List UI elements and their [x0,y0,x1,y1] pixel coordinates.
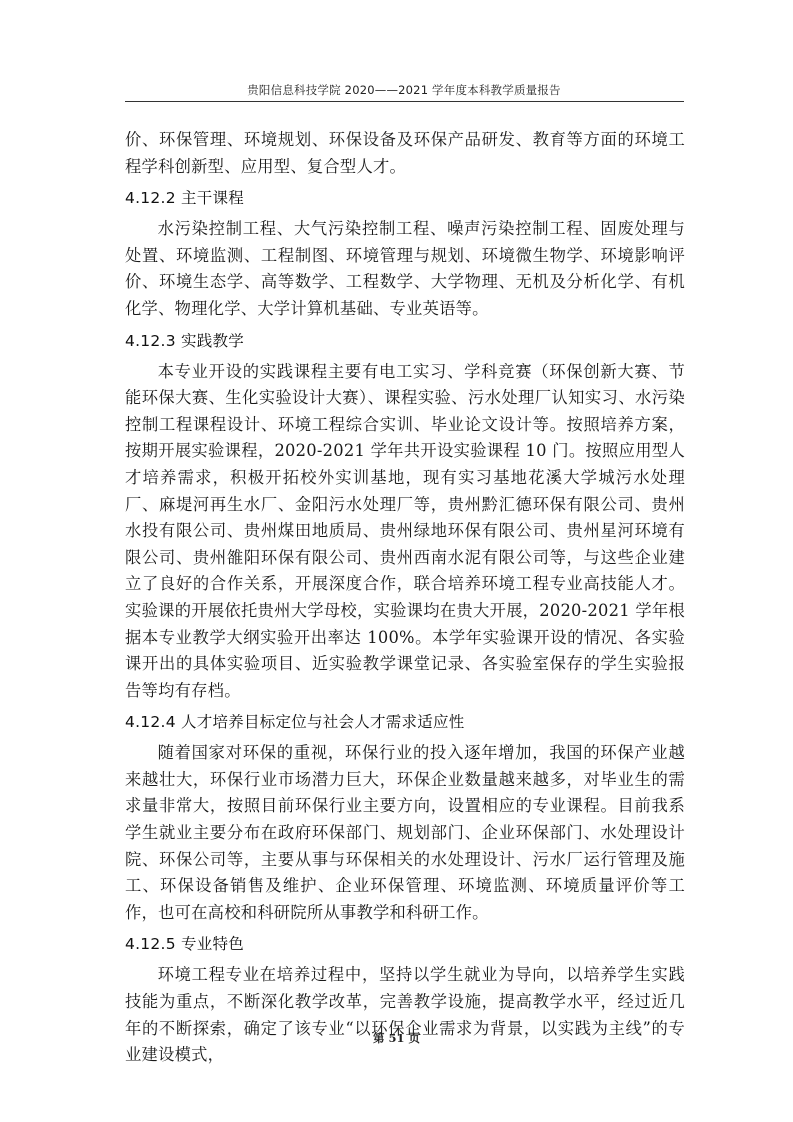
document-body: 价、环保管理、环境规划、环保设备及环保产品研发、教育等方面的环境工程学科创新型、… [125,127,685,1069]
practical-teaching-paragraph: 本专业开设的实践课程主要有电工实习、学科竞赛（环保创新大赛、节能环保大赛、生化实… [125,359,685,705]
section-heading-main-courses: 4.12.2 主干课程 [125,180,685,216]
page-number: 第 51 页 [0,1030,793,1046]
header-divider [125,101,684,102]
intro-continuation-paragraph: 价、环保管理、环境规划、环保设备及环保产品研发、教育等方面的环境工程学科创新型、… [125,127,685,180]
page-header: 贵阳信息科技学院 2020——2021 学年度本科教学质量报告 [125,82,683,98]
talent-positioning-paragraph: 随着国家对环保的重视，环保行业的投入逐年增加，我国的环保产业越来越壮大，环保行业… [125,740,685,926]
section-heading-practical-teaching: 4.12.3 实践教学 [125,323,685,359]
main-courses-paragraph: 水污染控制工程、大气污染控制工程、噪声污染控制工程、固废处理与处置、环境监测、工… [125,216,685,322]
section-heading-talent-positioning: 4.12.4 人才培养目标定位与社会人才需求适应性 [125,704,685,740]
section-heading-program-features: 4.12.5 专业特色 [125,926,685,962]
program-features-paragraph: 环境工程专业在培养过程中，坚持以学生就业为导向，以培养学生实践技能为重点，不断深… [125,962,685,1068]
